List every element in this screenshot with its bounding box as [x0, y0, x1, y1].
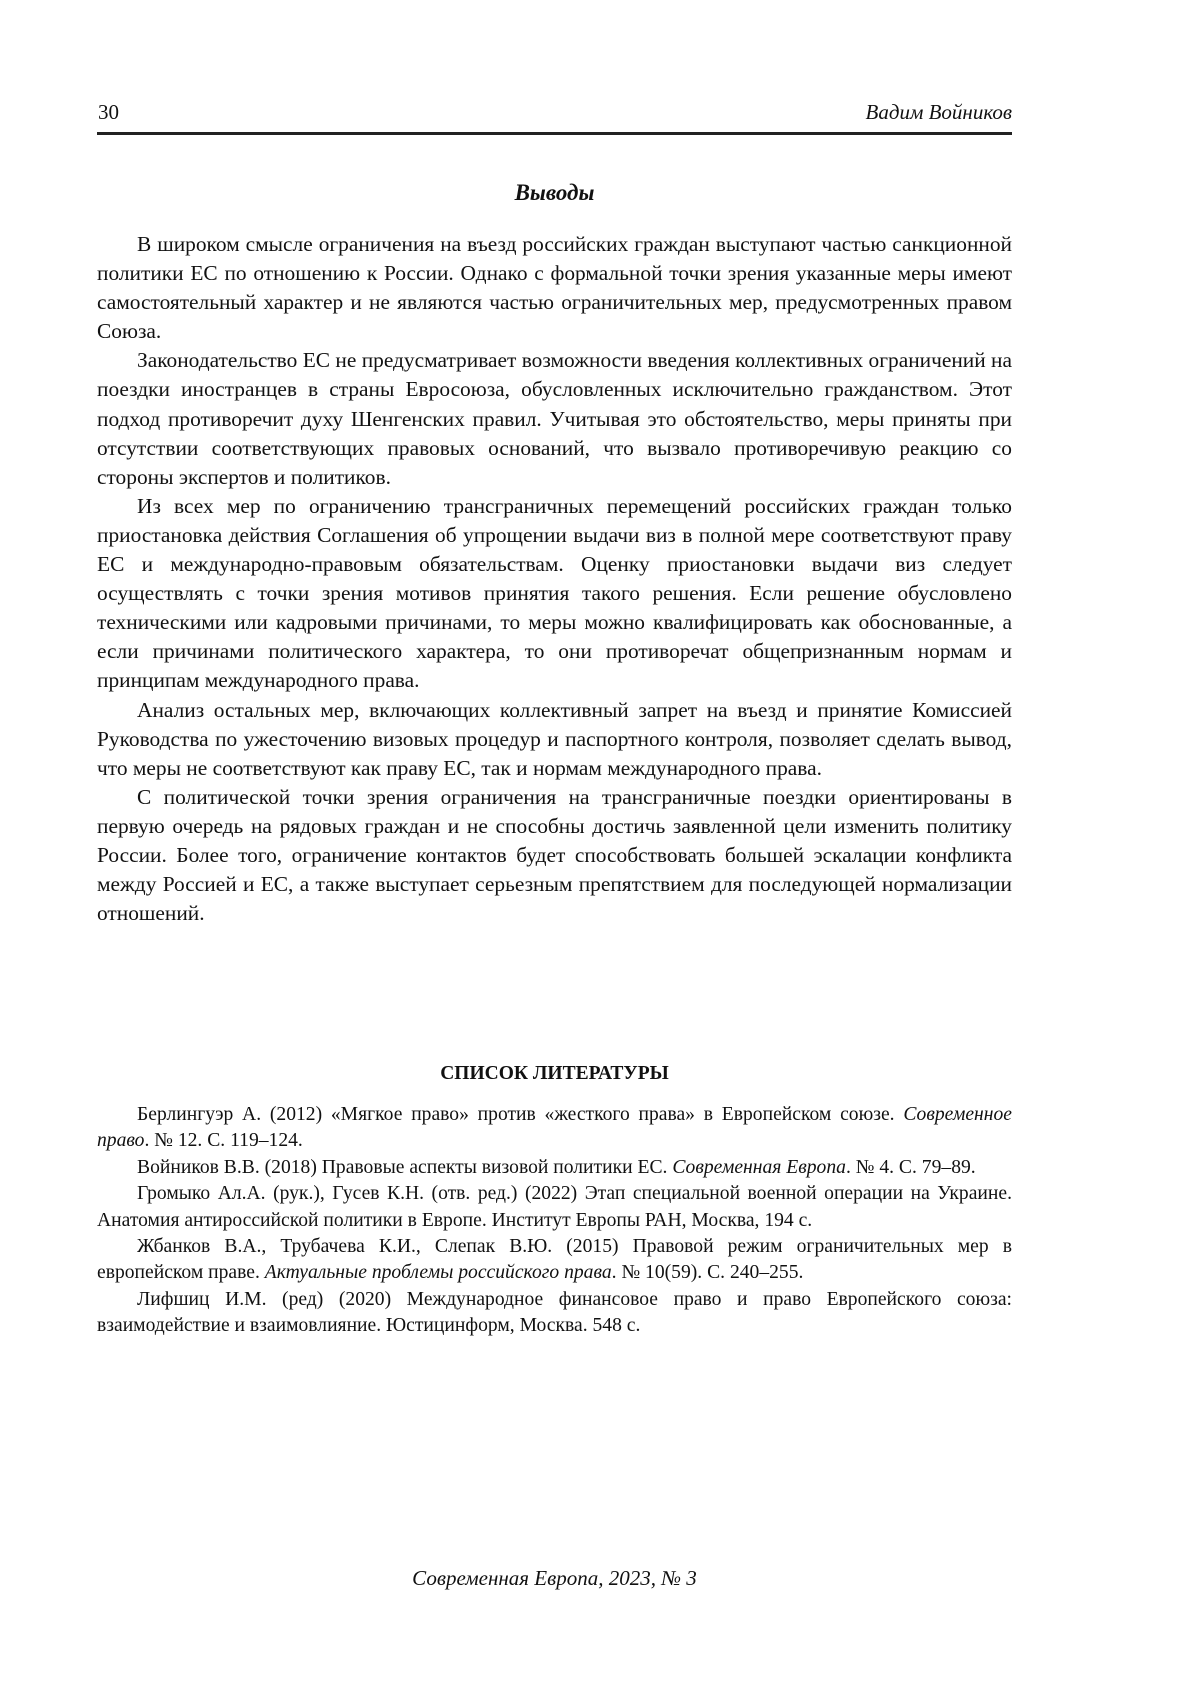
paragraph: С политической точки зрения ограничения …: [97, 783, 1012, 928]
running-head-author: Вадим Войников: [866, 100, 1013, 125]
page-number: 30: [98, 100, 119, 125]
reference-item: Громыко Ал.А. (рук.), Гусев К.Н. (отв. р…: [97, 1181, 1012, 1234]
reference-item: Войников В.В. (2018) Правовые аспекты ви…: [97, 1155, 1012, 1181]
reference-item: Жбанков В.А., Трубачева К.И., Слепак В.Ю…: [97, 1234, 1012, 1287]
paragraph: Из всех мер по ограничению трансграничны…: [97, 492, 1012, 696]
journal-name: Современная Европа: [672, 1157, 846, 1178]
paragraph: Законодательство ЕС не предусматривает в…: [97, 346, 1012, 491]
section-title: Выводы: [97, 180, 1012, 206]
reference-item: Лифшиц И.М. (ред) (2020) Международное ф…: [97, 1287, 1012, 1340]
paragraph: В широком смысле ограничения на въезд ро…: [97, 230, 1012, 346]
conclusions-body: В широком смысле ограничения на въезд ро…: [97, 230, 1012, 928]
journal-name: Актуальные проблемы российского права: [265, 1262, 612, 1283]
references-title: СПИСОК ЛИТЕРАТУРЫ: [97, 1063, 1012, 1085]
reference-item: Берлингуэр А. (2012) «Мягкое право» прот…: [97, 1102, 1012, 1155]
page-footer-journal: Современная Европа, 2023, № 3: [97, 1566, 1012, 1591]
references-list: Берлингуэр А. (2012) «Мягкое право» прот…: [97, 1102, 1012, 1340]
paragraph: Анализ остальных мер, включающих коллект…: [97, 696, 1012, 783]
page-header: 30 Вадим Войников: [97, 98, 1012, 135]
